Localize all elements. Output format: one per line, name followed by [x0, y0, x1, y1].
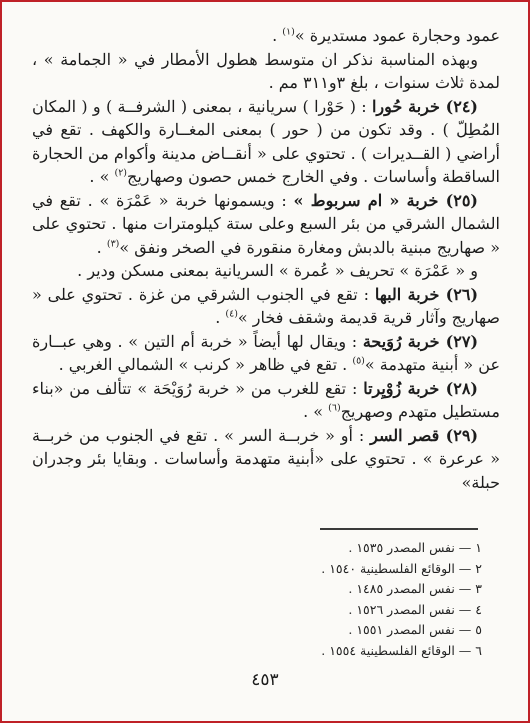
paragraph: (٢٥) خربة « ام سربوط » : ويسمونها خربة «…	[32, 189, 500, 260]
paragraph: عمود وحجارة عمود مستديرة »(١) .	[32, 24, 500, 48]
footnote-item: ٥ — نفس المصدر ١٥٥١ .	[272, 620, 482, 641]
footnote-separator-rule	[320, 528, 478, 530]
entry-heading: (٢٧) خربة رُوَيحة	[363, 332, 478, 351]
footnote-item: ٢ — الوقائع الفلسطينية ١٥٤٠ .	[272, 559, 482, 580]
page-number: ٤٥٣	[0, 670, 530, 690]
footnote-ref: (٥)	[352, 356, 365, 367]
text-run: » .	[89, 167, 114, 186]
entry-heading: (٢٥) خربة « ام سربوط »	[294, 191, 478, 210]
footnotes-block: ١ — نفس المصدر ١٥٣٥ .٢ — الوقائع الفلسطي…	[272, 538, 482, 661]
entry-heading: (٢٩) قصر السر	[370, 426, 478, 445]
entry-heading: (٢٤) خربة حُورا	[372, 97, 478, 116]
text-run: .	[272, 26, 282, 45]
text-run: .	[97, 238, 107, 257]
footnote-ref: (١)	[282, 27, 295, 38]
text-run: .	[215, 308, 225, 327]
page-body: عمود وحجارة عمود مستديرة »(١) .وبهذه الم…	[32, 24, 500, 494]
text-run: و « عَمْرَة » تحريف « عُمرة » السريانية …	[77, 261, 478, 280]
paragraph: (٢٧) خربة رُوَيحة : ويقال لها أيضاً « خر…	[32, 330, 500, 377]
paragraph: (٢٤) خربة حُورا : ( حَوْرا ) سريانية ، ب…	[32, 95, 500, 189]
entry-heading: (٢٨) خربة زُوْيِرتا	[363, 379, 478, 398]
footnote-item: ٣ — نفس المصدر ١٤٨٥ .	[272, 579, 482, 600]
footnote-ref: (٣)	[107, 238, 120, 249]
text-run: . تقع في ظاهر « كرنب » الشمالي الغربي .	[59, 355, 353, 374]
footnote-item: ١ — نفس المصدر ١٥٣٥ .	[272, 538, 482, 559]
paragraph: و « عَمْرَة » تحريف « عُمرة » السريانية …	[32, 259, 500, 283]
text-run: عمود وحجارة عمود مستديرة »	[295, 26, 500, 45]
paragraph: (٢٩) قصر السر : أو « خربــة السر » . تقع…	[32, 424, 500, 495]
paragraph: (٢٦) خربة البها : تقع في الجنوب الشرقي م…	[32, 283, 500, 330]
entry-heading: (٢٦) خربة البها	[375, 285, 478, 304]
paragraph: (٢٨) خربة زُوْيِرتا : تقع للغرب من « خرب…	[32, 377, 500, 424]
footnote-item: ٦ — الوقائع الفلسطينية ١٥٥٤ .	[272, 641, 482, 662]
text-run: » .	[303, 402, 328, 421]
footnote-ref: (٤)	[225, 309, 238, 320]
paragraph: وبهذه المناسبة نذكر ان متوسط هطول الأمطا…	[32, 48, 500, 95]
scanned-book-page: { "page": { "number": "٤٥٣", "background…	[0, 0, 530, 723]
footnote-item: ٤ — نفس المصدر ١٥٢٦ .	[272, 600, 482, 621]
text-run: وبهذه المناسبة نذكر ان متوسط هطول الأمطا…	[32, 50, 500, 93]
footnote-ref: (٦)	[328, 403, 341, 414]
footnote-ref: (٢)	[114, 168, 127, 179]
